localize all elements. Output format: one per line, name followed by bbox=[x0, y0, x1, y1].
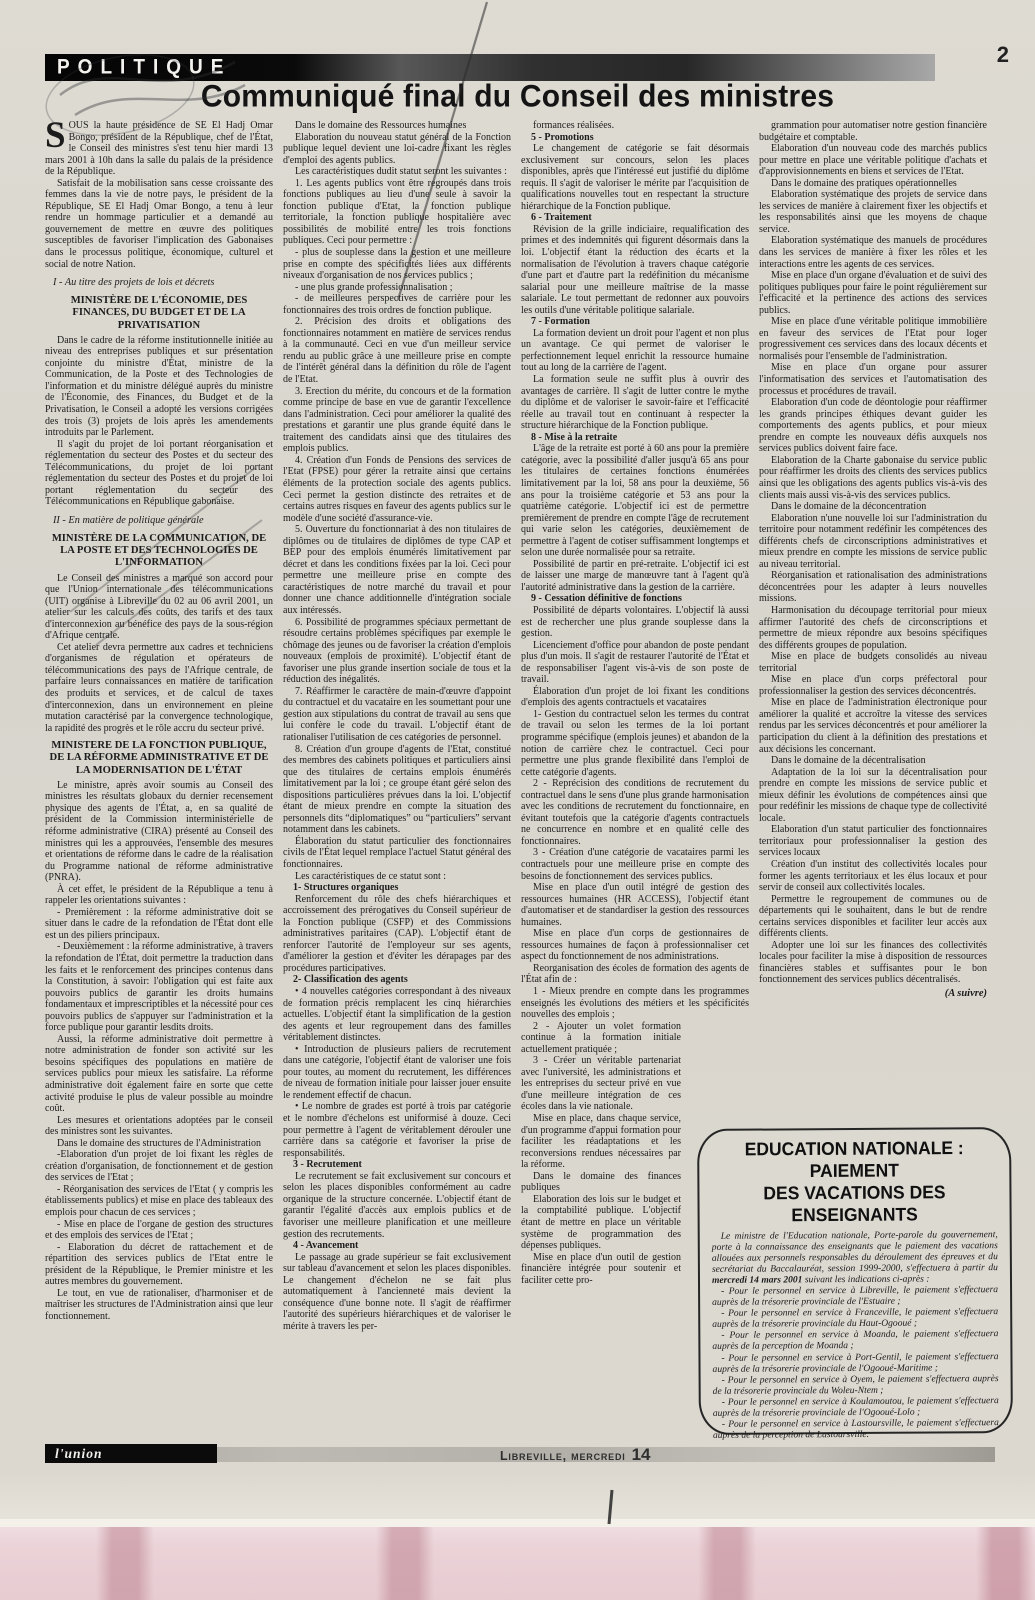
article-paragraph: • Le nombre de grades est porté à trois … bbox=[283, 1101, 511, 1159]
item-heading: 5 - Promotions bbox=[521, 132, 749, 144]
item-heading: 7 - Formation bbox=[521, 316, 749, 328]
article-paragraph: Cet atelier devra permettre aux cadres e… bbox=[45, 642, 273, 734]
section-title: POLITIQUE bbox=[45, 55, 231, 79]
education-payment-item: - Pour le personnel en service à Koulamo… bbox=[713, 1395, 999, 1419]
article-paragraph: Adaptation de la loi sur la décentralisa… bbox=[759, 767, 987, 825]
article-paragraph: Elaboration d'un nouveau code des marché… bbox=[759, 143, 987, 178]
article-paragraph: La formation devient un droit pour l'age… bbox=[521, 328, 749, 374]
education-payment-item: - Pour le personnel en service à Moanda,… bbox=[712, 1329, 998, 1353]
article-paragraph: Elaboration n'une nouvelle loi sur l'adm… bbox=[759, 513, 987, 571]
newspaper-masthead: l'union bbox=[45, 1444, 217, 1463]
to-be-continued: (A suivre) bbox=[759, 988, 987, 1000]
education-payment-item: - Pour le personnel en service à Librevi… bbox=[712, 1284, 998, 1308]
article-paragraph: - Réorganisation des services de l'Etat … bbox=[45, 1184, 273, 1219]
article-paragraph: Mise en place d'un outil de gestion fina… bbox=[521, 1252, 681, 1287]
dateline-day: 14 bbox=[632, 1445, 651, 1465]
item-heading: 8 - Mise à la retraite bbox=[521, 432, 749, 444]
drop-cap: S bbox=[45, 120, 69, 150]
ministry-heading: MINISTÈRE DE L'ÉCONOMIE, DES FINANCES, D… bbox=[45, 295, 273, 332]
article-paragraph: Les mesures et orientations adoptées par… bbox=[45, 1115, 273, 1138]
item-heading: 4 - Avancement bbox=[283, 1240, 511, 1252]
article-paragraph: Création d'un institut des collectivités… bbox=[759, 859, 987, 894]
article-paragraph: 2 - Reprécision des conditions de recrut… bbox=[521, 778, 749, 847]
article-paragraph: À cet effet, le président de la Républiq… bbox=[45, 884, 273, 907]
education-title-line2: DES VACATIONS DES ENSEIGNANTS bbox=[763, 1181, 945, 1225]
article-paragraph: - plus de souplesse dans la gestion et u… bbox=[283, 247, 511, 282]
article-paragraph: 4. Création d'un Fonds de Pensions des s… bbox=[283, 455, 511, 524]
education-title-line1: EDUCATION NATIONALE : PAIEMENT bbox=[745, 1137, 964, 1181]
article-paragraph: Renforcement du rôle des chefs hiérarchi… bbox=[283, 894, 511, 975]
education-intro-paragraph: Le ministre de l'Education nationale, Po… bbox=[712, 1229, 998, 1286]
article-paragraph: Satisfait de la mobilisation sans cesse … bbox=[45, 178, 273, 270]
article-paragraph: Elaboration d'un statut particulier des … bbox=[759, 824, 987, 859]
article-paragraph: • 4 nouvelles catégories correspondant à… bbox=[283, 986, 511, 1044]
column-2: Dans le domaine des Ressources humainesE… bbox=[283, 120, 511, 1448]
article-paragraph: La formation seule ne suffit plus à ouvr… bbox=[521, 374, 749, 432]
article-paragraph: Elaboration d'un code de déontologie pou… bbox=[759, 397, 987, 455]
article-paragraph: Élaboration d'un projet de loi fixant le… bbox=[521, 686, 749, 709]
article-paragraph: Elaboration systématique des manuels de … bbox=[759, 235, 987, 270]
article-paragraph: 3 - Création d'une catégorie de vacatair… bbox=[521, 847, 749, 882]
payment-date: mercredi 14 mars 2001 bbox=[712, 1275, 803, 1287]
article-paragraph: 2 - Ajouter un volet formation continue … bbox=[521, 1021, 681, 1056]
article-paragraph: 1 - Mieux prendre en compte dans les pro… bbox=[521, 986, 749, 1021]
article-paragraph: Dans le domaine de la décentralisation bbox=[759, 755, 987, 767]
article-paragraph: 1- Gestion du contractuel selon les term… bbox=[521, 709, 749, 778]
article-paragraph: -Elaboration d'un projet de loi fixant l… bbox=[45, 1149, 273, 1184]
education-payment-item: - Pour le personnel en service à Port-Ge… bbox=[712, 1351, 998, 1375]
article-paragraph: - Elaboration du décret de rattachement … bbox=[45, 1242, 273, 1288]
article-paragraph: 5. Ouverture du fonctionnariat à des non… bbox=[283, 524, 511, 616]
article-paragraph: Harmonisation du découpage territorial p… bbox=[759, 605, 987, 651]
article-paragraph: 8. Création d'un groupe d'agents de l'Et… bbox=[283, 744, 511, 836]
footer-dateline: Libreville, mercredi 14 bbox=[500, 1445, 651, 1465]
article-paragraph: Mise en place d'un outil intégré de gest… bbox=[521, 882, 749, 928]
article-lead-paragraph: SOUS la haute présidence de SE El Hadj O… bbox=[45, 120, 273, 178]
education-payment-item: - Pour le personnel en service à Francev… bbox=[712, 1306, 998, 1330]
article-paragraph: Licenciement d'office pour abandon de po… bbox=[521, 640, 749, 686]
article-paragraph: Mise en place de l'administration électr… bbox=[759, 697, 987, 755]
article-paragraph: Réorganisation et rationalisation des ad… bbox=[759, 570, 987, 605]
article-paragraph: Possibilité de partir en pré-retraite. L… bbox=[521, 559, 749, 594]
education-payment-item: - Pour le personnel en service à Lastour… bbox=[713, 1417, 999, 1441]
education-notice-body: Le ministre de l'Education nationale, Po… bbox=[712, 1229, 999, 1441]
article-paragraph: Le passage au grade supérieur se fait ex… bbox=[283, 1252, 511, 1333]
article-paragraph: Le recrutement se fait exclusivement sur… bbox=[283, 1171, 511, 1240]
article-paragraph: Dans le domaine des structures de l'Admi… bbox=[45, 1138, 273, 1150]
article-paragraph: Reorganisation des écoles de formation d… bbox=[521, 963, 749, 986]
article-paragraph: - de meilleures perspectives de carrière… bbox=[283, 293, 511, 316]
article-paragraph: Le tout, en vue de rationaliser, d'harmo… bbox=[45, 1288, 273, 1323]
article-paragraph: grammation pour automatiser notre gestio… bbox=[759, 120, 987, 143]
article-paragraph: Révision de la grille indiciaire, requal… bbox=[521, 224, 749, 316]
item-heading: 6 - Traitement bbox=[521, 212, 749, 224]
article-paragraph: 3. Erection du mérite, du concours et de… bbox=[283, 386, 511, 455]
article-paragraph: - Mise en place de l'organe de gestion d… bbox=[45, 1219, 273, 1242]
education-payment-item: - Pour le personnel en service à Oyem, l… bbox=[713, 1373, 999, 1397]
article-paragraph: Dans le cadre de la réforme institutionn… bbox=[45, 335, 273, 439]
article-paragraph: Mise en place d'un corps préfectoral pou… bbox=[759, 674, 987, 697]
ministry-heading: MINISTÈRE DE LA COMMUNICATION, DE LA POS… bbox=[45, 533, 273, 570]
section-bar: POLITIQUE bbox=[45, 54, 935, 81]
article-paragraph: Mise en place, dans chaque service, d'un… bbox=[521, 1113, 681, 1171]
article-paragraph: - Premièrement : la réforme administrati… bbox=[45, 907, 273, 942]
ministry-heading: MINISTERE DE LA FONCTION PUBLIQUE, DE LA… bbox=[45, 740, 273, 777]
item-heading: 2- Classification des agents bbox=[283, 974, 511, 986]
scan-background-strip bbox=[0, 1527, 1035, 1600]
item-heading: 1- Structures organiques bbox=[283, 882, 511, 894]
article-paragraph: - une plus grande professionnalisation ; bbox=[283, 282, 511, 294]
article-paragraph: Permettre le regroupement de communes ou… bbox=[759, 894, 987, 940]
item-heading: 3 - Recrutement bbox=[283, 1159, 511, 1171]
article-paragraph: 2. Précision des droits et obligations d… bbox=[283, 316, 511, 385]
article-paragraph: Il s'agit du projet de loi portant réorg… bbox=[45, 439, 273, 508]
education-notice-title: EDUCATION NATIONALE : PAIEMENT DES VACAT… bbox=[711, 1137, 998, 1227]
education-notice-box: EDUCATION NATIONALE : PAIEMENT DES VACAT… bbox=[697, 1127, 1013, 1435]
article-paragraph: Elaboration des lois sur le budget et la… bbox=[521, 1194, 681, 1252]
column-1: SOUS la haute présidence de SE El Hadj O… bbox=[45, 120, 273, 1448]
article-headline: Communiqué final du Conseil des ministre… bbox=[0, 79, 1035, 114]
article-paragraph: • Introduction de plusieurs paliers de r… bbox=[283, 1044, 511, 1102]
article-paragraph: Dans le domaine de la déconcentration bbox=[759, 501, 987, 513]
article-paragraph: Les caractéristiques dudit statut seront… bbox=[283, 166, 511, 178]
article-paragraph: Mise en place d'une véritable politique … bbox=[759, 316, 987, 362]
article-paragraph: Possibilité de départs volontaires. L'ob… bbox=[521, 605, 749, 640]
article-paragraph: Les caractéristiques de ce statut sont : bbox=[283, 871, 511, 883]
article-paragraph: Elaboration de la Charte gabonaise du se… bbox=[759, 455, 987, 501]
article-paragraph: Aussi, la réforme administrative doit pe… bbox=[45, 1034, 273, 1115]
article-paragraph: Mise en place d'un organe pour assurer l… bbox=[759, 362, 987, 397]
article-paragraph: Dans le domaine des Ressources humaines bbox=[283, 120, 511, 132]
article-paragraph: - Deuxièmement : la réforme administrati… bbox=[45, 941, 273, 1033]
scan-paper-edge bbox=[0, 1519, 1035, 1527]
article-paragraph: Élaboration du statut particulier des fo… bbox=[283, 836, 511, 871]
article-paragraph: Adopter une loi sur les finances des col… bbox=[759, 940, 987, 986]
newspaper-page: POLITIQUE 2 Communiqué final du Conseil … bbox=[0, 0, 1035, 1600]
section-subtitle: I - Au titre des projets de lois et décr… bbox=[45, 277, 273, 289]
dateline-city: Libreville, mercredi bbox=[500, 1449, 626, 1463]
article-paragraph: L'âge de la retraite est porté à 60 ans … bbox=[521, 443, 749, 558]
article-paragraph: Mise en place d'un corps de gestionnaire… bbox=[521, 928, 749, 963]
article-paragraph: Mise en place d'un organe d'évaluation e… bbox=[759, 270, 987, 316]
article-paragraph: Elaboration du nouveau statut général de… bbox=[283, 132, 511, 167]
article-paragraph: Mise en place de budgets consolidés au n… bbox=[759, 651, 987, 674]
article-paragraph: 3 - Créer un véritable partenariat avec … bbox=[521, 1055, 681, 1113]
article-paragraph: 6. Possibilité de programmes spéciaux pe… bbox=[283, 617, 511, 686]
article-paragraph: 1. Les agents publics vont être regroupé… bbox=[283, 178, 511, 247]
section-subtitle: II - En matière de politique générale bbox=[45, 515, 273, 527]
page-number: 2 bbox=[997, 42, 1009, 68]
item-heading: 9 - Cessation définitive de fonctions bbox=[521, 593, 749, 605]
article-paragraph: Le ministre, après avoir soumis au Conse… bbox=[45, 780, 273, 884]
article-paragraph: Elaboration systématique des projets de … bbox=[759, 189, 987, 235]
article-paragraph: Dans le domaine des finances publiques bbox=[521, 1171, 681, 1194]
article-paragraph: formances réalisées. bbox=[521, 120, 749, 132]
article-paragraph: Dans le domaine des pratiques opérationn… bbox=[759, 178, 987, 190]
article-paragraph: Le changement de catégorie se fait désor… bbox=[521, 143, 749, 212]
article-paragraph: Le Conseil des ministres a marqué son ac… bbox=[45, 573, 273, 642]
article-paragraph: 7. Réaffirmer le caractère de main-d'œuv… bbox=[283, 686, 511, 744]
